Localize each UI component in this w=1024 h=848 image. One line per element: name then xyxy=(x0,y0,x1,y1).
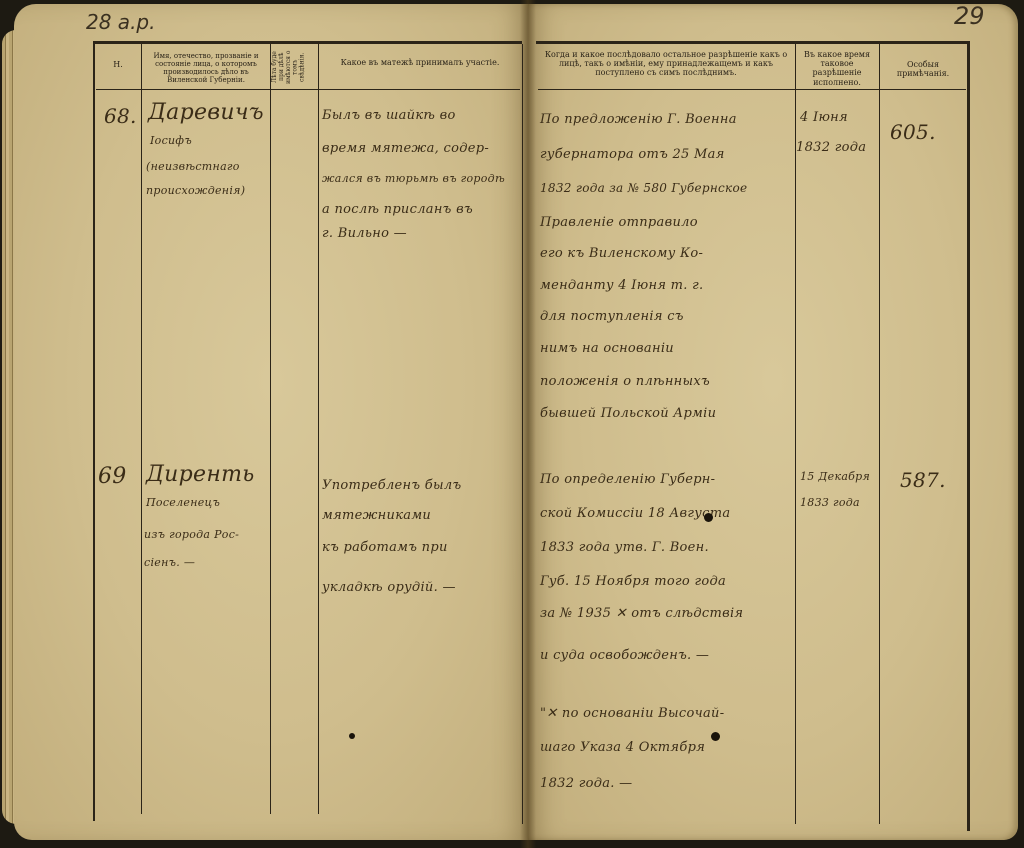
resolution-text: нимъ на основаніи xyxy=(540,341,674,356)
resolution-text: менданту 4 Іюня т. г. xyxy=(540,278,703,293)
resolution-text: для поступленія съ xyxy=(540,309,684,324)
executed-date: 15 Декабря xyxy=(800,470,870,483)
entry-number: 68. xyxy=(104,104,137,128)
header-notes: Особыя примѣчанія. xyxy=(881,60,965,78)
ink-blot xyxy=(704,513,713,522)
resolution-text: бывшей Польской Арміи xyxy=(540,406,716,421)
note-number: 587. xyxy=(900,468,946,492)
column-rule xyxy=(141,44,142,814)
resolution-text: его къ Виленскому Ко- xyxy=(540,246,703,261)
header-name: Имя, отечество, прозваніе и состояніе ли… xyxy=(144,52,268,84)
person-status: Поселенецъ xyxy=(146,496,220,509)
person-first-name: Іосифъ xyxy=(150,134,192,147)
role-text: Употребленъ былъ xyxy=(322,478,461,493)
executed-date: 1832 года xyxy=(796,140,866,155)
header-bottom-rule-right xyxy=(538,89,966,90)
header-bottom-rule-left xyxy=(96,89,520,90)
resolution-text: губернатора отъ 25 Мая xyxy=(540,147,725,162)
ink-blot xyxy=(711,732,720,741)
note-number: 605. xyxy=(890,120,936,144)
header-top-rule-right xyxy=(536,41,968,44)
column-rule xyxy=(967,41,970,831)
open-ledger-book: 28 a.p. 29 Н. Имя, отечество, прозваніе … xyxy=(0,0,1024,848)
footnote-text: 1832 года. — xyxy=(540,776,632,791)
footnote-text: шаго Указа 4 Октября xyxy=(540,740,705,755)
person-origin: сіенъ. — xyxy=(144,556,195,569)
column-rule xyxy=(270,44,271,814)
role-text: г. Вильно — xyxy=(322,226,407,241)
right-page-number: 29 xyxy=(954,2,985,30)
header-estate: Лѣта буде при дѣлѣ имѣются о томъ свѣдѣн… xyxy=(272,46,316,88)
role-text: а послѣ присланъ въ xyxy=(322,202,473,217)
resolution-text: положенія о плѣнныхъ xyxy=(540,374,710,389)
executed-date: 1833 года xyxy=(800,496,860,509)
ink-blot xyxy=(349,733,355,739)
resolution-text: 1832 года за № 580 Губернское xyxy=(540,181,747,195)
person-origin: изъ города Рос- xyxy=(144,528,239,541)
role-text: время мятежа, содер- xyxy=(322,141,489,156)
entry-number: 69 xyxy=(98,464,127,489)
resolution-text: Правленіе отправило xyxy=(540,215,698,230)
column-rule xyxy=(318,44,319,814)
resolution-text: ской Комиссіи 18 Августа xyxy=(540,506,730,521)
header-top-rule-left xyxy=(94,41,522,44)
header-number: Н. xyxy=(96,60,140,69)
role-text: къ работамъ при xyxy=(322,540,448,555)
resolution-text: Губ. 15 Ноября того года xyxy=(540,574,726,589)
column-rule xyxy=(879,44,880,824)
header-executed: Въ какое время таковое разрѣшеніе исполн… xyxy=(797,50,877,87)
executed-date: 4 Іюня xyxy=(800,110,848,125)
header-resolution: Когда и какое послѣдовало остальное разр… xyxy=(538,50,794,78)
resolution-text: за № 1935 ✕ отъ слѣдствія xyxy=(540,606,743,621)
resolution-text: По предложенію Г. Военна xyxy=(540,112,737,127)
column-rule xyxy=(93,41,95,821)
left-page-number: 28 a.p. xyxy=(86,10,155,34)
header-role: Какое въ матежѣ принималъ участіе. xyxy=(320,58,520,67)
footnote-text: "✕ по основаніи Высочай- xyxy=(540,706,724,721)
resolution-text: По определенію Губерн- xyxy=(540,472,715,487)
column-rule xyxy=(795,44,796,824)
resolution-text: 1833 года утв. Г. Воен. xyxy=(540,540,709,555)
resolution-text: и суда освобожденъ. — xyxy=(540,648,709,663)
person-surname: Даревичъ xyxy=(148,100,264,125)
person-origin: (неизвѣстнаго xyxy=(146,160,240,173)
person-origin: происхожденія) xyxy=(146,184,245,197)
role-text: жался въ тюрьмѣ въ городѣ xyxy=(322,172,505,185)
role-text: укладкѣ орудій. — xyxy=(322,580,456,595)
role-text: Былъ въ шайкѣ во xyxy=(322,108,456,123)
column-rule xyxy=(522,44,523,824)
role-text: мятежниками xyxy=(322,508,431,523)
left-page xyxy=(14,4,528,840)
person-surname: Диренть xyxy=(146,462,255,487)
